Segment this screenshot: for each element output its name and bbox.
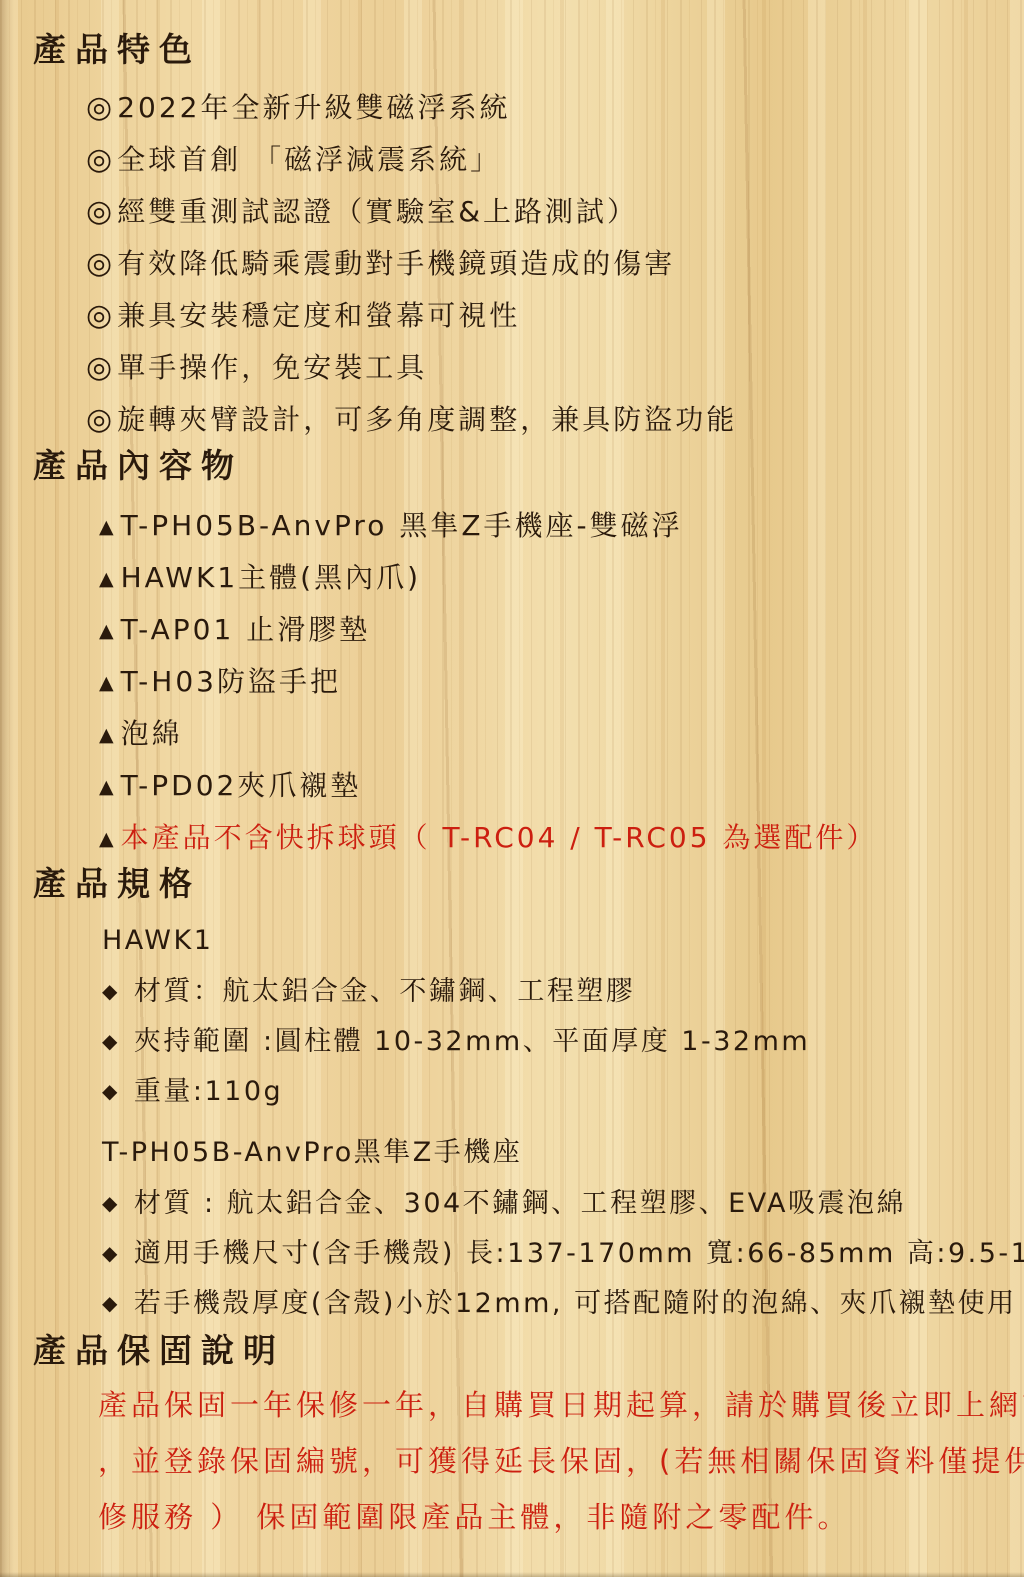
spec-item: ◆適用手機尺寸(含手機殼) 長:137-170mm 寬:66-85mm 高:9.… [102,1228,1024,1278]
feature-item: ◎兼具安裝穩定度和螢幕可視性 [86,290,1024,342]
spec-text: 若手機殼厚度(含殼)小於12mm, 可搭配隨附的泡綿、夾爪襯墊使用 [134,1288,1017,1319]
spec-item: ◆重量:110g [102,1066,1024,1116]
content-item: ▲T-PD02夾爪襯墊 [99,760,1024,812]
double-circle-icon: ◎ [86,90,115,125]
double-circle-icon: ◎ [86,142,115,177]
feature-text: 2022年全新升級雙磁浮系統 [117,91,510,124]
features-section: 產品特色 ◎2022年全新升級雙磁浮系統 ◎全球首創 「磁浮減震系統」 ◎經雙重… [0,30,1024,446]
feature-item: ◎單手操作，免安裝工具 [86,342,1024,394]
spec-item: ◆夾持範圍 :圓柱體 10-32mm、平面厚度 1-32mm [102,1016,1024,1066]
diamond-icon: ◆ [102,1029,120,1053]
feature-item: ◎2022年全新升級雙磁浮系統 [86,82,1024,134]
content-item: ▲T-AP01 止滑膠墊 [99,604,1024,656]
content-text: HAWK1主體(黑內爪) [121,561,421,594]
double-circle-icon: ◎ [86,350,115,385]
content-item: ▲HAWK1主體(黑內爪) [99,552,1024,604]
spec-group-name: T-PH05B-AnvPro黑隼Z手機座 [102,1128,1024,1178]
diamond-icon: ◆ [102,1241,120,1265]
content-item: ▲T-PH05B-AnvPro 黑隼Z手機座-雙磁浮 [99,500,1024,552]
warranty-line: 產品保固一年保修一年，自購買日期起算，請於購買後立即上網註冊 [98,1377,1024,1433]
feature-text: 有效降低騎乘震動對手機鏡頭造成的傷害 [117,247,675,280]
warranty-line: 修服務 ） 保固範圍限產品主體，非隨附之零配件。 [98,1489,1024,1545]
triangle-icon: ▲ [99,620,117,642]
double-circle-icon: ◎ [86,298,115,333]
warranty-text: 產品保固一年保修一年，自購買日期起算，請於購買後立即上網註冊 ，並登錄保固編號，… [98,1377,1024,1545]
feature-text: 全球首創 「磁浮減震系統」 [117,143,501,176]
feature-item: ◎旋轉夾臂設計，可多角度調整，兼具防盜功能 [86,394,1024,446]
contents-list: ▲T-PH05B-AnvPro 黑隼Z手機座-雙磁浮 ▲HAWK1主體(黑內爪)… [99,500,1024,864]
content-text: T-AP01 止滑膠墊 [121,613,371,646]
contents-section: 產品內容物 ▲T-PH05B-AnvPro 黑隼Z手機座-雙磁浮 ▲HAWK1主… [0,446,1024,864]
triangle-icon: ▲ [99,672,117,694]
triangle-icon: ▲ [99,724,117,746]
spec-text: 重量:110g [134,1076,283,1107]
warranty-section: 產品保固說明 產品保固一年保修一年，自購買日期起算，請於購買後立即上網註冊 ，並… [0,1331,1024,1545]
feature-item: ◎經雙重測試認證（實驗室&上路測試） [86,186,1024,238]
diamond-icon: ◆ [102,1191,120,1215]
feature-item: ◎全球首創 「磁浮減震系統」 [86,134,1024,186]
triangle-icon: ▲ [99,828,117,850]
diamond-icon: ◆ [102,1079,120,1103]
feature-text: 旋轉夾臂設計，可多角度調整，兼具防盜功能 [117,403,737,436]
triangle-icon: ▲ [99,516,117,538]
product-info-page: 產品特色 ◎2022年全新升級雙磁浮系統 ◎全球首創 「磁浮減震系統」 ◎經雙重… [0,0,1024,1577]
specs-group-phone-mount: T-PH05B-AnvPro黑隼Z手機座 ◆材質 : 航太鋁合金、304不鏽鋼、… [102,1128,1024,1328]
spec-text: 材質 : 航太鋁合金、304不鏽鋼、工程塑膠、EVA吸震泡綿 [134,1188,906,1219]
warranty-line: ，並登錄保固編號，可獲得延長保固，(若無相關保固資料僅提供保 [98,1433,1024,1489]
content-text: T-H03防盜手把 [121,665,341,698]
spec-item: ◆材質 : 航太鋁合金、304不鏽鋼、工程塑膠、EVA吸震泡綿 [102,1178,1024,1228]
feature-text: 經雙重測試認證（實驗室&上路測試） [117,195,638,228]
diamond-icon: ◆ [102,979,120,1003]
feature-item: ◎有效降低騎乘震動對手機鏡頭造成的傷害 [86,238,1024,290]
specs-title: 產品規格 [33,864,1024,904]
content-text: 泡綿 [121,717,183,750]
spec-item: ◆若手機殼厚度(含殼)小於12mm, 可搭配隨附的泡綿、夾爪襯墊使用 [102,1278,1024,1328]
feature-text: 單手操作，免安裝工具 [117,351,427,384]
content-text: T-PH05B-AnvPro 黑隼Z手機座-雙磁浮 [121,509,683,542]
spec-group-name: HAWK1 [102,916,1024,966]
double-circle-icon: ◎ [86,402,115,437]
optional-parts-note: 本產品不含快拆球頭（ T-RC04 / T-RC05 為選配件） [121,821,878,854]
triangle-icon: ▲ [99,568,117,590]
specs-group-hawk1: HAWK1 ◆材質：航太鋁合金、不鏽鋼、工程塑膠 ◆夾持範圍 :圓柱體 10-3… [102,916,1024,1116]
contents-title: 產品內容物 [33,446,1024,486]
spec-text: 材質：航太鋁合金、不鏽鋼、工程塑膠 [134,976,636,1007]
double-circle-icon: ◎ [86,194,115,229]
spec-text: 適用手機尺寸(含手機殼) 長:137-170mm 寬:66-85mm 高:9.5… [134,1238,1024,1269]
content-text: T-PD02夾爪襯墊 [121,769,362,802]
specs-section: 產品規格 HAWK1 ◆材質：航太鋁合金、不鏽鋼、工程塑膠 ◆夾持範圍 :圓柱體… [0,864,1024,1328]
features-title: 產品特色 [33,30,1024,70]
content-note: ▲本產品不含快拆球頭（ T-RC04 / T-RC05 為選配件） [99,812,1024,864]
warranty-title: 產品保固說明 [33,1331,1024,1371]
spec-item: ◆材質：航太鋁合金、不鏽鋼、工程塑膠 [102,966,1024,1016]
double-circle-icon: ◎ [86,246,115,281]
content-item: ▲泡綿 [99,708,1024,760]
spec-text: 夾持範圍 :圓柱體 10-32mm、平面厚度 1-32mm [134,1026,810,1057]
feature-text: 兼具安裝穩定度和螢幕可視性 [117,299,520,332]
triangle-icon: ▲ [99,776,117,798]
features-list: ◎2022年全新升級雙磁浮系統 ◎全球首創 「磁浮減震系統」 ◎經雙重測試認證（… [86,82,1024,446]
diamond-icon: ◆ [102,1291,120,1315]
content-item: ▲T-H03防盜手把 [99,656,1024,708]
